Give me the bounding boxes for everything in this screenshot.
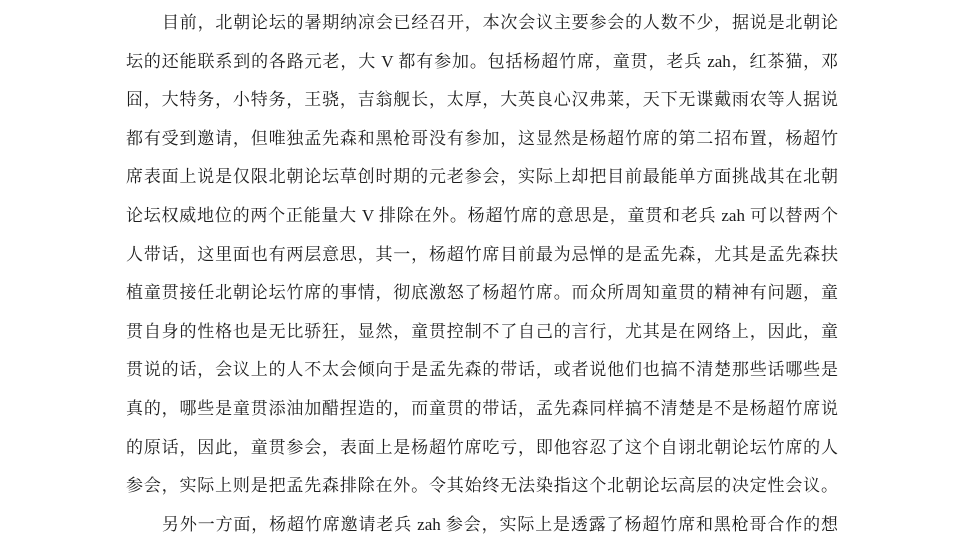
document-page: 目前，北朝论坛的暑期纳凉会已经召开，本次会议主要参会的人数不少，据说是北朝论 坛… [0,0,957,558]
paragraph-1-line: 参会，实际上则是把孟先森排除在外。令其始终无法染指这个北朝论坛高层的决定性会议。 [126,467,838,506]
paragraph-1-line: 贯说的话，会议上的人不太会倾向于是孟先森的带话，或者说他们也搞不清楚那些话哪些是 [126,351,838,390]
paragraph-1-line: 席表面上说是仅限北朝论坛草创时期的元老参会，实际上却把目前最能单方面挑战其在北朝 [126,158,838,197]
paragraph-1-line: 人带话，这里面也有两层意思，其一，杨超竹席目前最为忌惮的是孟先森，尤其是孟先森扶 [126,236,838,275]
paragraph-1-line: 都有受到邀请，但唯独孟先森和黑枪哥没有参加，这显然是杨超竹席的第二招布置，杨超竹 [126,120,838,159]
paragraph-1-line: 植童贯接任北朝论坛竹席的事情，彻底激怒了杨超竹席。而众所周知童贯的精神有问题，童 [126,274,838,313]
paragraph-1-line: 目前，北朝论坛的暑期纳凉会已经召开，本次会议主要参会的人数不少，据说是北朝论 [126,4,838,43]
paragraph-2-line: 另外一方面，杨超竹席邀请老兵 zah 参会，实际上是透露了杨超竹席和黑枪哥合作的… [126,506,838,545]
document-text-block: 目前，北朝论坛的暑期纳凉会已经召开，本次会议主要参会的人数不少，据说是北朝论 坛… [126,4,838,544]
paragraph-1-line: 论坛权威地位的两个正能量大 V 排除在外。杨超竹席的意思是，童贯和老兵 zah … [126,197,838,236]
paragraph-1-line: 坛的还能联系到的各路元老，大 V 都有参加。包括杨超竹席，童贯，老兵 zah，红… [126,43,838,82]
paragraph-1-line: 真的，哪些是童贯添油加醋捏造的，而童贯的带话，孟先森同样搞不清楚是不是杨超竹席说 [126,390,838,429]
paragraph-1-line: 囧，大特务，小特务，王骁，吉翁舰长，太厚，大英良心汉弗莱，天下无谍戴雨农等人据说 [126,81,838,120]
paragraph-1-line: 贯自身的性格也是无比骄狂，显然，童贯控制不了自己的言行，尤其是在网络上，因此，童 [126,313,838,352]
paragraph-1-line: 的原话，因此，童贯参会，表面上是杨超竹席吃亏，即他容忍了这个自诩北朝论坛竹席的人 [126,429,838,468]
